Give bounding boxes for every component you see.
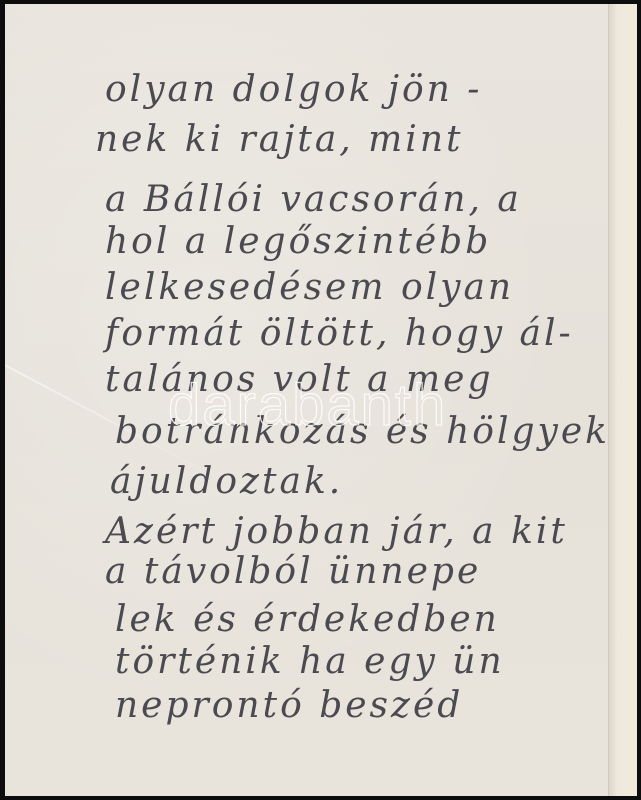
- handwritten-line: lek és érdekedben: [115, 602, 500, 638]
- handwritten-line: nek ki rajta, mint: [95, 122, 463, 158]
- handwritten-line: neprontó beszéd: [115, 688, 463, 724]
- paper-sheet: olyan dolgok jön - nek ki rajta, mint a …: [5, 4, 637, 796]
- handwritten-line: Azért jobban jár, a kit: [105, 514, 568, 550]
- scanned-page: olyan dolgok jön - nek ki rajta, mint a …: [0, 0, 641, 800]
- handwritten-line: a távolból ünnepe: [105, 554, 481, 590]
- handwritten-line: történik ha egy ün: [115, 644, 505, 680]
- handwritten-line: hol a legőszintébb: [105, 224, 491, 260]
- handwritten-line: formát öltött, hogy ál-: [105, 316, 574, 352]
- handwritten-line: olyan dolgok jön -: [105, 72, 482, 108]
- handwritten-line: ájuldoztak.: [110, 464, 343, 500]
- handwritten-line: talános volt a meg: [105, 362, 494, 398]
- paper-edge-strip: [608, 4, 637, 796]
- handwritten-line: botránkozás és hölgyek: [115, 414, 610, 450]
- handwritten-line: lelkesedésem olyan: [105, 270, 514, 306]
- handwritten-line: a Bállói vacsorán, a: [105, 182, 522, 218]
